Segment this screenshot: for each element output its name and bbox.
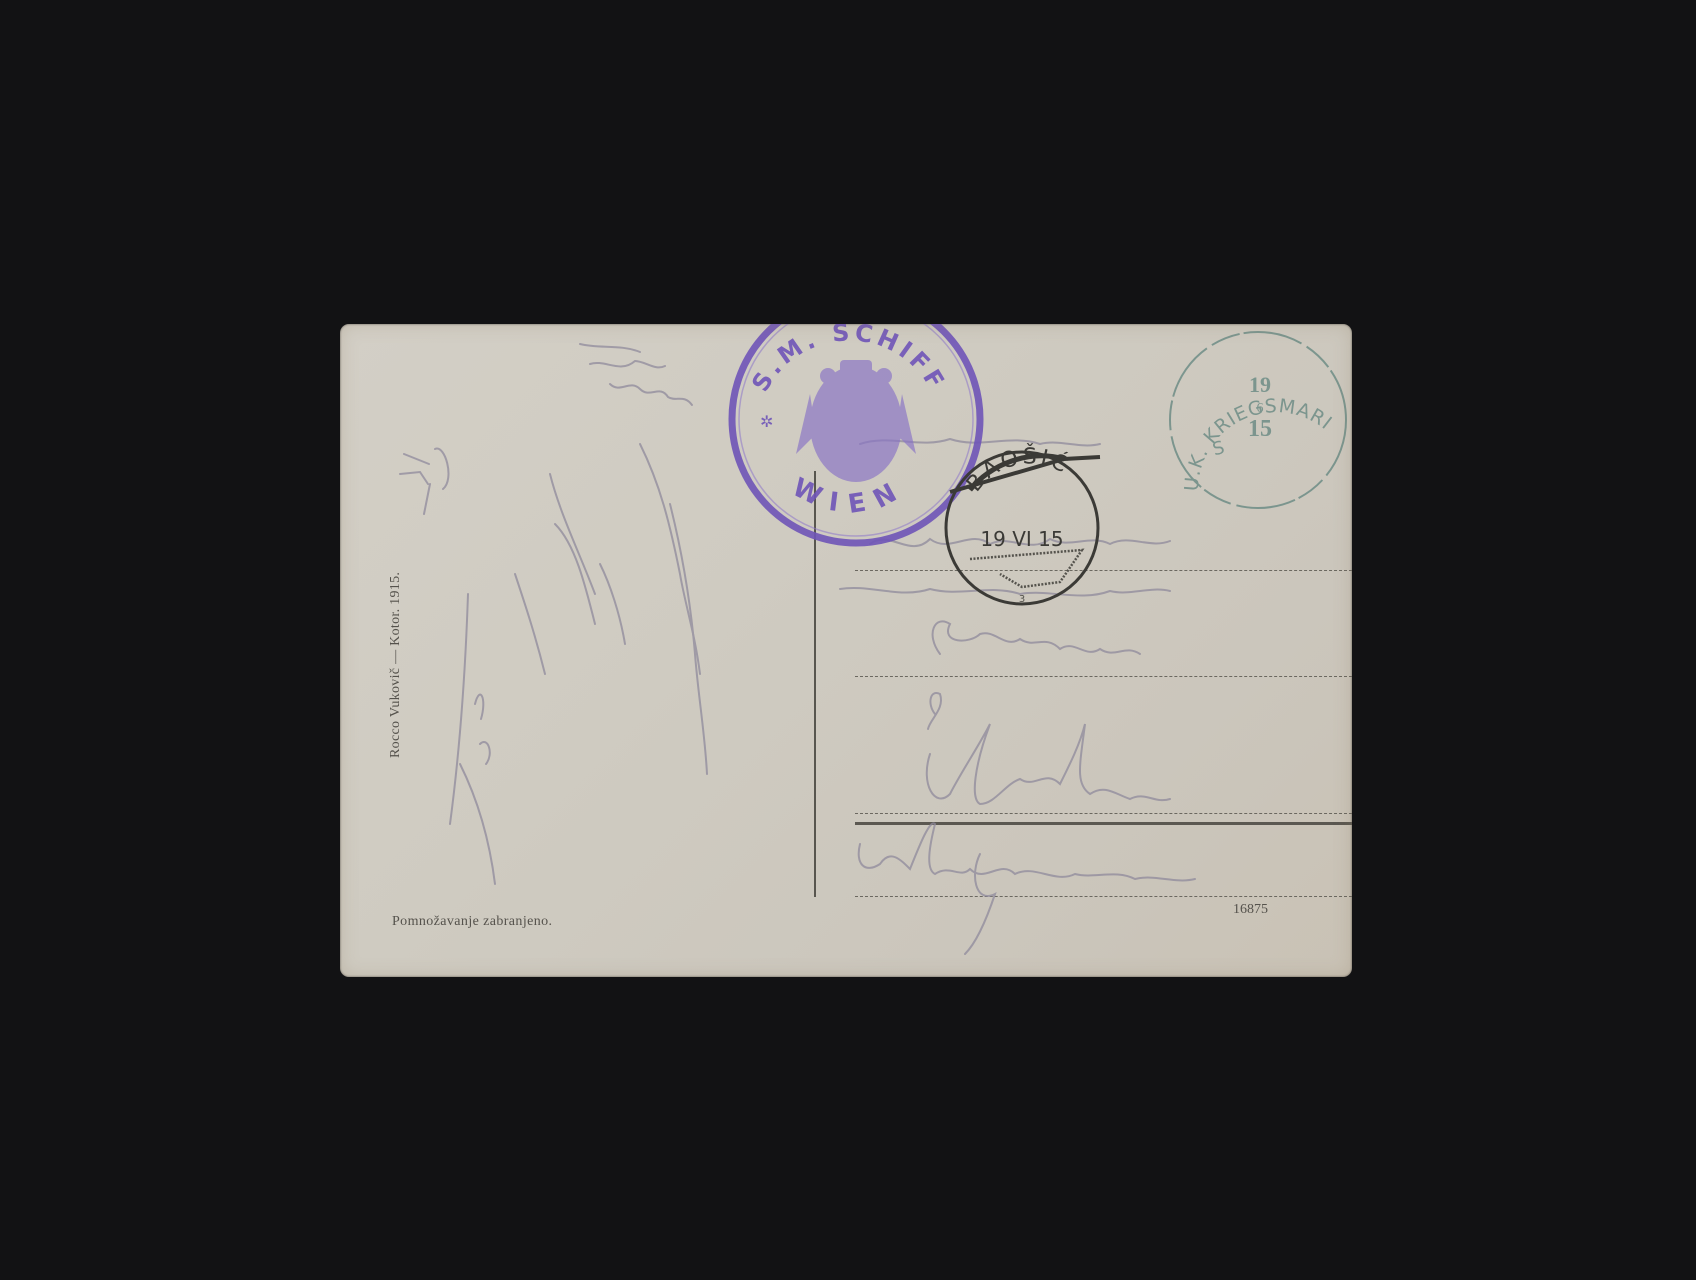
svg-text:K.U.K. KRIEGSMARINE: K.U.K. KRIEGSMARINE [340, 324, 1336, 492]
postcard: Rocco Vukovič — Kotor. 1915. Pomnožavanj… [340, 324, 1352, 977]
navy-month: 6 [1257, 401, 1264, 416]
navy-year: 15 [1248, 416, 1272, 442]
navy-postmark: K.U.K. KRIEGSMARINE 19 6 15 S [340, 324, 1352, 977]
navy-day: 19 [1249, 372, 1271, 397]
navy-suffix: S [1210, 437, 1226, 460]
navy-postmark-text: K.U.K. KRIEGSMARINE [340, 324, 1336, 492]
